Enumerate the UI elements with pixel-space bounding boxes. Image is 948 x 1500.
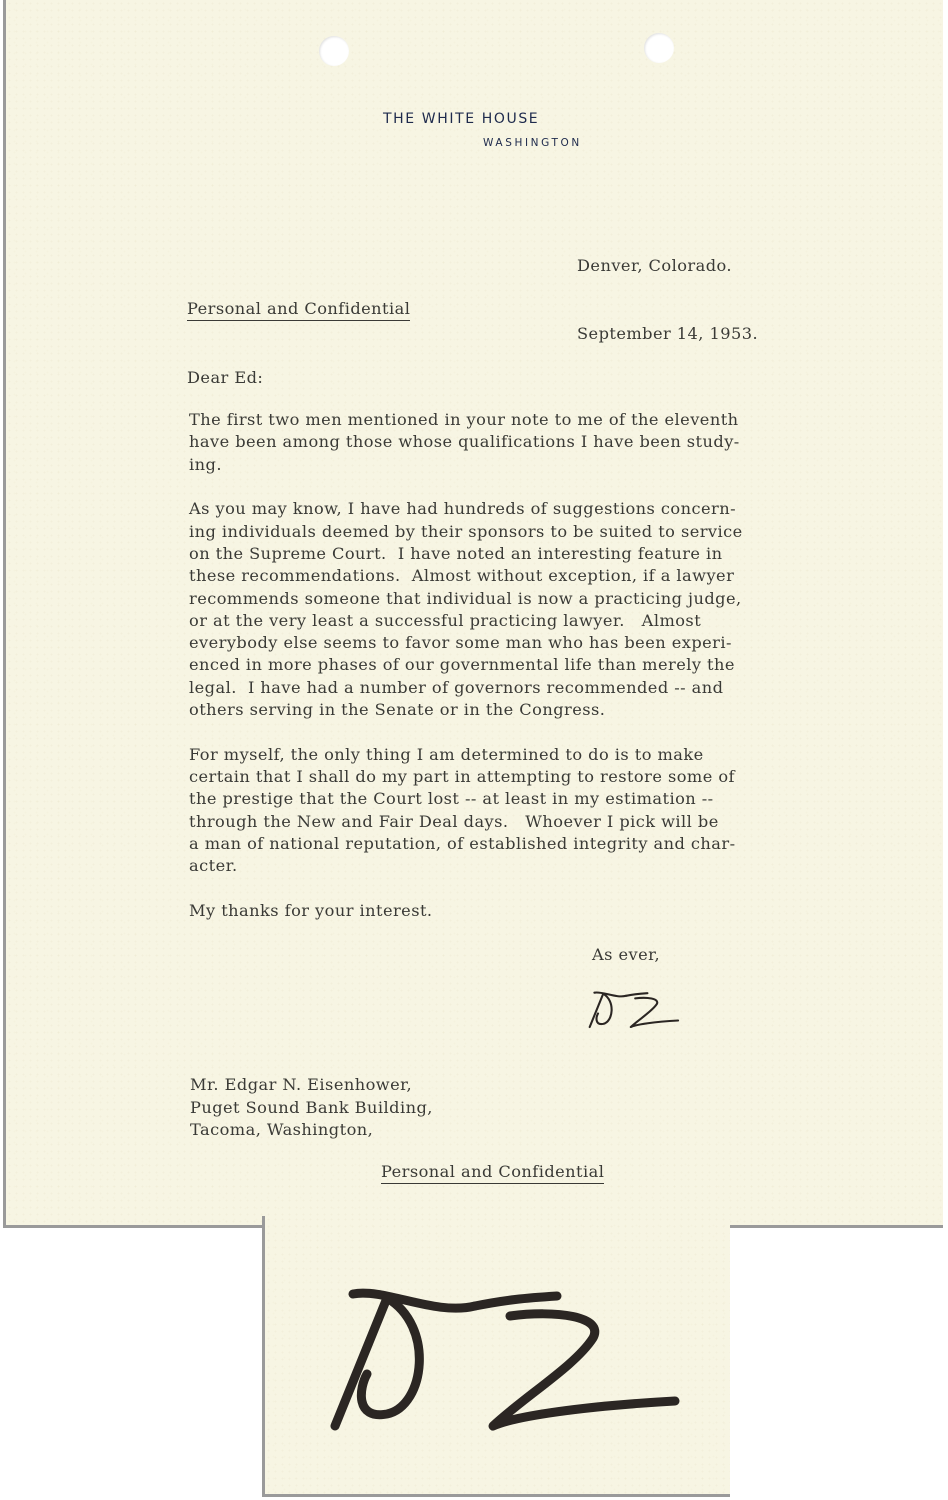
body-paragraph: My thanks for your interest. — [189, 900, 743, 922]
closing: As ever, — [592, 944, 660, 966]
body-line: enced in more phases of our governmental… — [189, 654, 743, 676]
salutation: Dear Ed: — [187, 367, 263, 389]
body-paragraph: For myself, the only thing I am determin… — [189, 744, 743, 878]
body-line: these recommendations. Almost without ex… — [189, 565, 743, 587]
signature-icon — [325, 1276, 705, 1476]
body-line: ing. — [189, 454, 743, 476]
dateline-date: September 14, 1953. — [577, 323, 758, 346]
body-line: ing individuals deemed by their sponsors… — [189, 521, 743, 543]
punch-hole — [644, 33, 674, 63]
dateline-place: Denver, Colorado. — [577, 255, 758, 278]
dateline: Denver, Colorado. September 14, 1953. — [577, 210, 758, 390]
signature-icon — [584, 988, 689, 1040]
body-line: As you may know, I have had hundreds of … — [189, 498, 743, 520]
address-line: Tacoma, Washington, — [190, 1119, 433, 1142]
body-paragraph: The first two men mentioned in your note… — [189, 409, 743, 476]
body-line: recommends someone that individual is no… — [189, 588, 743, 610]
footer-confidential-notice: Personal and Confidential — [381, 1162, 604, 1184]
body-line: acter. — [189, 855, 743, 877]
body-line: a man of national reputation, of establi… — [189, 833, 743, 855]
body-paragraph: As you may know, I have had hundreds of … — [189, 498, 743, 721]
body-line: have been among those whose qualificatio… — [189, 431, 743, 453]
letter-page: THE WHITE HOUSE WASHINGTON Denver, Color… — [3, 0, 943, 1228]
body-line: the prestige that the Court lost -- at l… — [189, 788, 743, 810]
recipient-address: Mr. Edgar N. Eisenhower,Puget Sound Bank… — [190, 1074, 433, 1142]
address-line: Puget Sound Bank Building, — [190, 1097, 433, 1120]
letter-body: The first two men mentioned in your note… — [189, 409, 743, 945]
letterhead-subtitle: WASHINGTON — [483, 137, 582, 149]
body-line: legal. I have had a number of governors … — [189, 677, 743, 699]
punch-hole — [319, 36, 349, 66]
header-confidential-notice: Personal and Confidential — [187, 299, 410, 321]
body-line: everybody else seems to favor some man w… — [189, 632, 743, 654]
letterhead-title: THE WHITE HOUSE — [383, 111, 539, 127]
signature-detail-inset — [262, 1216, 730, 1497]
body-line: on the Supreme Court. I have noted an in… — [189, 543, 743, 565]
body-line: others serving in the Senate or in the C… — [189, 699, 743, 721]
body-line: through the New and Fair Deal days. Whoe… — [189, 811, 743, 833]
body-line: For myself, the only thing I am determin… — [189, 744, 743, 766]
body-line: The first two men mentioned in your note… — [189, 409, 743, 431]
body-line: My thanks for your interest. — [189, 900, 743, 922]
address-line: Mr. Edgar N. Eisenhower, — [190, 1074, 433, 1097]
body-line: or at the very least a successful practi… — [189, 610, 743, 632]
body-line: certain that I shall do my part in attem… — [189, 766, 743, 788]
